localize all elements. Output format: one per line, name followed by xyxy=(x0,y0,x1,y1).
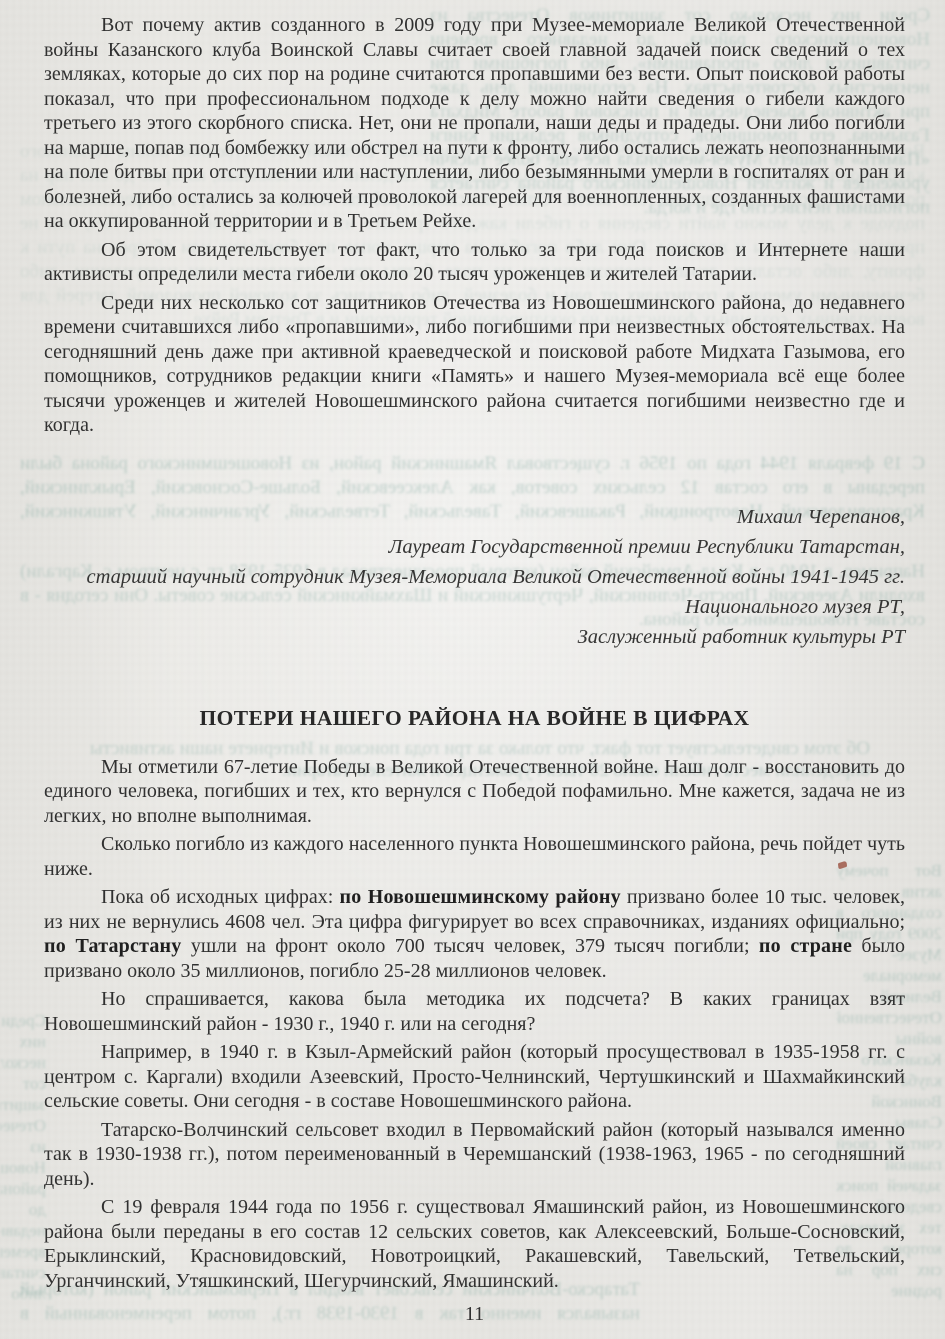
paragraph-defenders: Среди них несколько сот защитников Отече… xyxy=(44,291,905,438)
figures-bold-district: по Новошешминскому району xyxy=(339,886,620,908)
page-number: 11 xyxy=(44,1303,905,1326)
paragraph-three-years-search: Об этом свидетельствует тот факт, что то… xyxy=(44,238,905,287)
signature-title-3: Национального музея РТ, xyxy=(44,592,905,622)
signature-author: Михаил Черепанов, xyxy=(44,502,905,532)
paragraph-how-many: Сколько погибло из каждого населенного п… xyxy=(44,832,905,881)
signature-title-2: старший научный сотрудник Музея-Мемориал… xyxy=(44,562,905,592)
signature-title-1: Лауреат Государственной премии Республик… xyxy=(44,532,905,562)
figures-bold-country: по стране xyxy=(759,935,852,957)
paragraph-tatarsko-volchinsky: Татарско-Волчинский сельсовет входил в П… xyxy=(44,1118,905,1192)
figures-segment-2: ушли на фронт около 700 тысяч человек, 3… xyxy=(181,935,758,957)
paragraph-yamashinsky: С 19 февраля 1944 года по 1956 г. сущест… xyxy=(44,1195,905,1293)
paragraph-kzyl-armeysky: Например, в 1940 г. в Кзыл-Армейский рай… xyxy=(44,1040,905,1114)
paragraph-museum-activ: Вот почему актив созданного в 2009 году … xyxy=(44,13,905,234)
signature-block: Михаил Черепанов, Лауреат Государственно… xyxy=(44,502,905,652)
signature-title-4: Заслуженный работник культуры РТ xyxy=(44,622,905,652)
page-content: Вот почему актив созданного в 2009 году … xyxy=(0,0,945,1326)
scanned-page: Среди них несколько сот защитников Отече… xyxy=(0,0,945,1339)
figures-bold-tatarstan: по Татарстану xyxy=(44,935,181,957)
section-heading: ПОТЕРИ НАШЕГО РАЙОНА НА ВОЙНЕ В ЦИФРАХ xyxy=(44,706,905,731)
paragraph-source-figures: Пока об исходных цифрах: по Новошешминск… xyxy=(44,885,905,983)
figures-intro: Пока об исходных цифрах: xyxy=(101,886,339,908)
paragraph-67-victory: Мы отметили 67-летие Победы в Великой От… xyxy=(44,755,905,829)
paragraph-methodology: Но спрашивается, какова была методика их… xyxy=(44,987,905,1036)
